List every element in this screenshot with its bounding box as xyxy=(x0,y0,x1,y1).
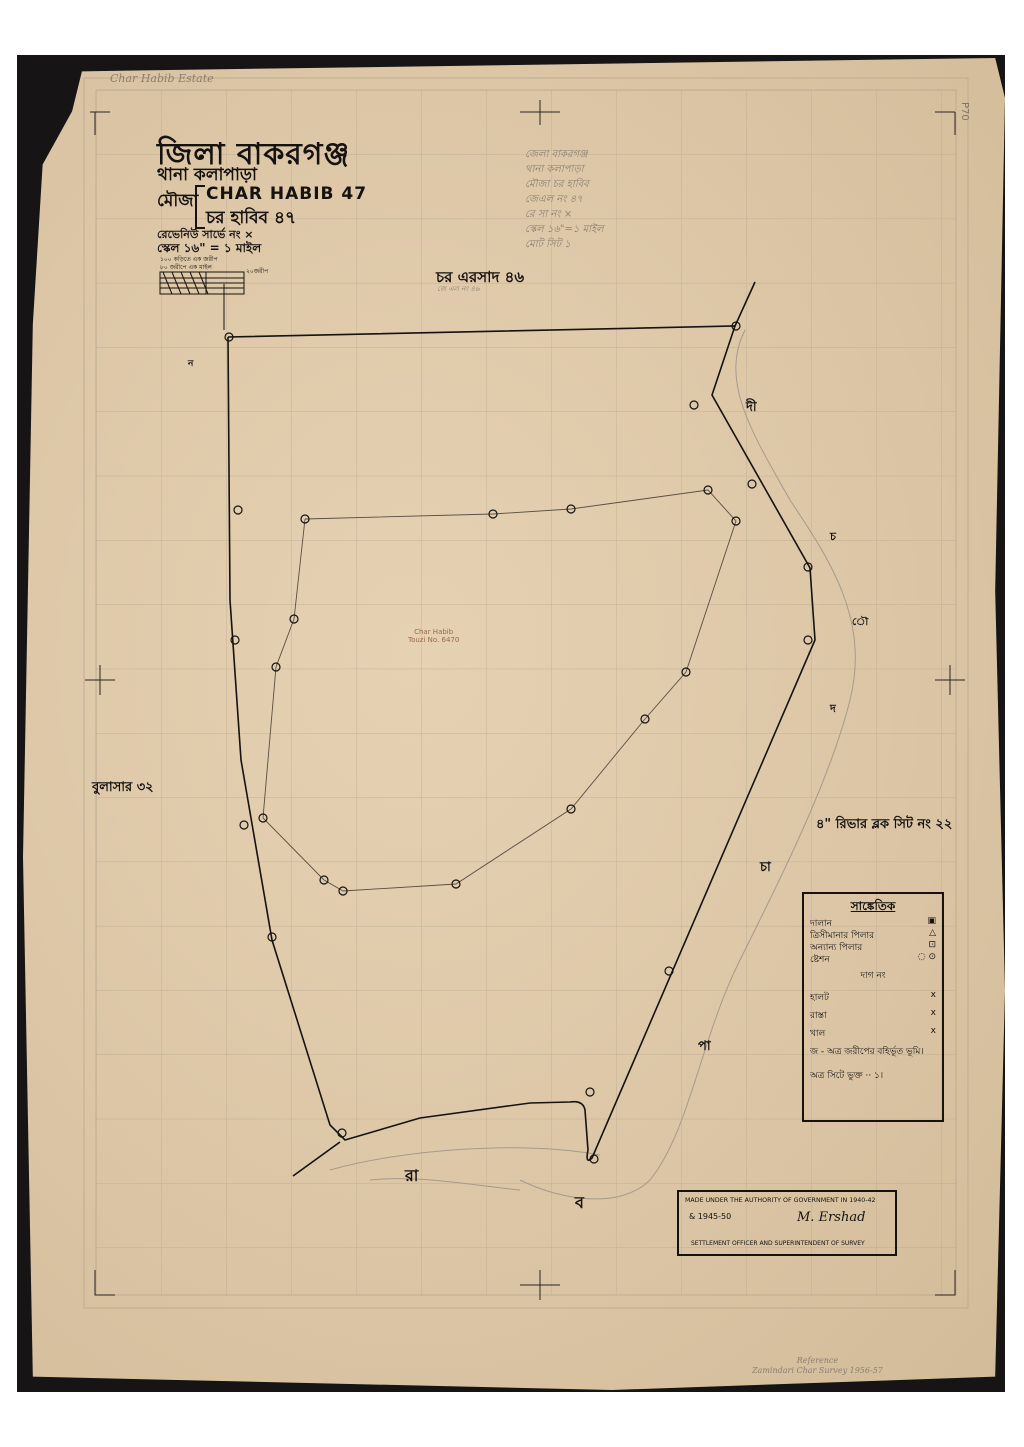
pencil-note: রে সা নং × xyxy=(525,207,604,222)
river-letter: দ xyxy=(830,700,836,719)
river-letter: চ xyxy=(830,528,836,547)
legend-row: জ - অত্র জরীপের বহির্ভূত ভূমি। xyxy=(810,1044,936,1059)
scale-bar-label: ২০জরীপ xyxy=(246,266,268,277)
adjacent-mouza-north-note: জে এল নং ৪৬ xyxy=(437,283,480,295)
river-letter: ৌ xyxy=(852,615,868,632)
river-letter: ন xyxy=(188,356,193,371)
top-margin-note: Char Habib Estate xyxy=(110,72,214,85)
pencil-note: মোট সিট ১ xyxy=(525,237,604,252)
cross-icon: x xyxy=(931,1026,936,1041)
pencil-note: স্কেল ১৬"=১ মাইল xyxy=(525,222,604,237)
authority-line-1: MADE UNDER THE AUTHORITY OF GOVERNMENT I… xyxy=(685,1197,876,1204)
mouza-name-english: CHAR HABIB 47 xyxy=(206,184,367,204)
scale-note: ১০০ কড়িতে এক জরীপ ৮০ জরীপে এক মাইল xyxy=(160,256,218,272)
legend-box: সাঙ্কেতিক দালান▣ ত্রিসীমানার পিলার△ অন্য… xyxy=(802,892,944,1122)
legend-row: ষ্টেশন◌ ⊙ xyxy=(810,952,936,967)
char-label-line-1: Char Habib xyxy=(408,628,459,636)
bottom-reference-note: Reference Zamindari Char Survey 1956-57 xyxy=(752,1356,883,1376)
cross-icon: x xyxy=(931,990,936,1005)
char-label: Char Habib Touzi No. 6470 xyxy=(408,628,459,644)
river-letter: চা xyxy=(760,858,771,879)
officer-signature: M. Ershad xyxy=(797,1210,865,1225)
char-label-line-2: Touzi No. 6470 xyxy=(408,636,459,644)
pencil-note: জেলা বাকরগঞ্জ xyxy=(525,147,604,162)
adjacent-mouza-west: বুলাসার ৩২ xyxy=(92,778,154,799)
scale-note-line-2: ৮০ জরীপে এক মাইল xyxy=(160,264,218,272)
station-icon: ◌ ⊙ xyxy=(918,952,936,967)
river-letter: পা xyxy=(698,1037,711,1058)
river-letter: ব xyxy=(575,1190,584,1217)
river-letter: দী xyxy=(746,398,757,419)
legend-row: হালটx xyxy=(810,990,936,1005)
authority-line-2: & 1945-50 xyxy=(689,1212,731,1221)
legend-row: অত্র সিটে ভুক্ত ·· ১। xyxy=(810,1068,936,1083)
mouza-bracket xyxy=(195,185,205,229)
pencil-notes: জেলা বাকরগঞ্জ থানা কলাপাড়া মৌজা চর হাবি… xyxy=(525,147,604,252)
legend-title: সাঙ্কেতিক xyxy=(804,898,942,918)
authority-box: MADE UNDER THE AUTHORITY OF GOVERNMENT I… xyxy=(677,1190,897,1256)
legend-row: দাগ নং xyxy=(810,968,936,983)
mouza-label: মৌজা xyxy=(157,188,198,216)
pencil-note: জেএল নং ৪৭ xyxy=(525,192,604,207)
river-letter: রা xyxy=(405,1163,418,1190)
pencil-note: থানা কলাপাড়া xyxy=(525,162,604,177)
adjacent-sheet-east: ৪" রিভার ব্লক সিট নং ২২ xyxy=(816,815,952,836)
sheet-number: P70 xyxy=(959,102,970,121)
cross-icon: x xyxy=(931,1008,936,1023)
legend-row: খালx xyxy=(810,1026,936,1041)
pencil-note: মৌজা চর হাবিব xyxy=(525,177,604,192)
legend-row: রাস্তাx xyxy=(810,1008,936,1023)
authority-line-3: SETTLEMENT OFFICER AND SUPERINTENDENT OF… xyxy=(691,1240,865,1247)
scale-note-line-1: ১০০ কড়িতে এক জরীপ xyxy=(160,256,218,264)
